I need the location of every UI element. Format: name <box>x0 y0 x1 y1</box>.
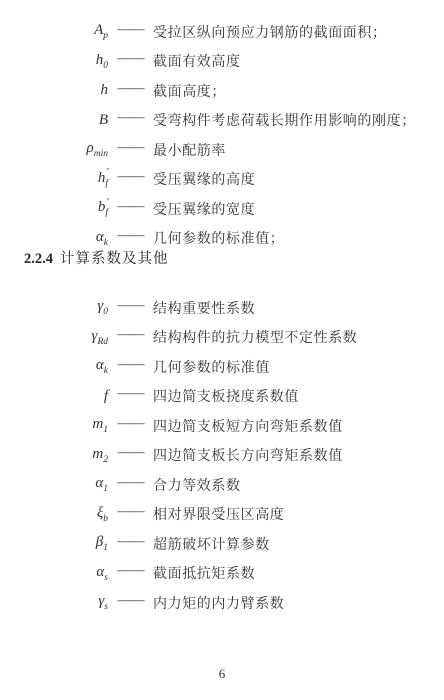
symbol-description: 截面高度； <box>153 81 226 101</box>
symbol-definition-row: αk —— 几何参数的标准值 <box>0 352 444 382</box>
symbol-definition-row: ρmin —— 最小配筋率 <box>0 135 444 165</box>
definition-dash: —— <box>108 298 153 314</box>
symbol-list-1: Ap —— 受拉区纵向预应力钢筋的截面面积； h0 —— 截面有效高度 h ——… <box>0 0 444 253</box>
definition-dash: —— <box>108 386 153 402</box>
symbol: ρmin <box>0 140 108 160</box>
symbol-definition-row: h —— 截面高度； <box>0 76 444 106</box>
symbol-base: h <box>101 82 109 98</box>
document-page: Ap —— 受拉区纵向预应力钢筋的截面面积； h0 —— 截面有效高度 h ——… <box>0 0 444 700</box>
symbol: m1 <box>0 416 108 436</box>
symbol-base: α <box>96 229 104 245</box>
symbol-description: 内力矩的内力臂系数 <box>153 593 284 613</box>
symbol-base: h <box>98 170 106 186</box>
definition-dash: —— <box>108 169 153 185</box>
symbol-definition-row: Ap —— 受拉区纵向预应力钢筋的截面面积； <box>0 17 444 47</box>
definition-dash: —— <box>108 199 153 215</box>
definition-dash: —— <box>108 416 153 432</box>
symbol: αs <box>0 564 108 584</box>
symbol: h′f <box>0 170 108 190</box>
symbol: γ0 <box>0 298 108 318</box>
symbol-definition-row: h0 —— 截面有效高度 <box>0 47 444 77</box>
symbol-base: α <box>96 357 104 373</box>
definition-dash: —— <box>108 357 153 373</box>
section-title: 计算系数及其他 <box>60 251 169 267</box>
symbol-description: 相对界限受压区高度 <box>153 504 284 524</box>
definition-dash: —— <box>108 327 153 343</box>
symbol-base: h <box>96 52 104 68</box>
symbol-definition-row: b′f —— 受压翼缘的宽度 <box>0 194 444 224</box>
symbol-base: m <box>92 446 103 462</box>
symbol-definition-row: h′f —— 受压翼缘的高度 <box>0 165 444 195</box>
symbol-description: 受压翼缘的宽度 <box>153 199 255 219</box>
definition-dash: —— <box>108 51 153 67</box>
symbol-definition-row: ξb —— 相对界限受压区高度 <box>0 500 444 530</box>
symbol-list-2: γ0 —— 结构重要性系数 γRd —— 结构构件的抗力模型不定性系数 αk —… <box>0 293 444 618</box>
definition-dash: —— <box>108 534 153 550</box>
symbol: αk <box>0 229 108 249</box>
symbol: h0 <box>0 52 108 72</box>
symbol-description: 截面有效高度 <box>153 51 241 71</box>
section-heading: 2.2.4计算系数及其他 <box>24 250 444 268</box>
symbol-definition-row: γ0 —— 结构重要性系数 <box>0 293 444 323</box>
symbol-base: α <box>95 475 103 491</box>
definition-dash: —— <box>108 475 153 491</box>
symbol-description: 超筋破坏计算参数 <box>153 534 270 554</box>
symbol-description: 四边简支板短方向弯矩系数值 <box>153 416 343 436</box>
symbol-definition-row: γs —— 内力矩的内力臂系数 <box>0 588 444 618</box>
symbol-base: ρ <box>87 140 94 156</box>
symbol-definition-row: B —— 受弯构件考虑荷载长期作用影响的刚度； <box>0 106 444 136</box>
symbol-description: 几何参数的标准值 <box>153 357 270 377</box>
symbol-subscript: min <box>94 149 108 159</box>
symbol: Ap <box>0 22 108 42</box>
symbol-definition-row: γRd —— 结构构件的抗力模型不定性系数 <box>0 323 444 353</box>
symbol-description: 合力等效系数 <box>153 475 241 495</box>
symbol-prime-sub: Rd <box>97 338 108 348</box>
symbol-definition-row: f —— 四边简支板挠度系数值 <box>0 382 444 412</box>
symbol: γs <box>0 593 108 613</box>
symbol: ξb <box>0 505 108 525</box>
section-number: 2.2.4 <box>24 251 53 267</box>
definition-dash: —— <box>108 140 153 156</box>
symbol: β1 <box>0 534 108 554</box>
symbol-definition-row: αs —— 截面抵抗矩系数 <box>0 559 444 589</box>
symbol: m2 <box>0 446 108 466</box>
symbol-prime-sub: min <box>94 150 108 160</box>
symbol-description: 四边简支板长方向弯矩系数值 <box>153 445 343 465</box>
symbol-definition-row: β1 —— 超筋破坏计算参数 <box>0 529 444 559</box>
symbol: B <box>0 112 108 129</box>
symbol-description: 几何参数的标准值； <box>153 228 284 248</box>
symbol-description: 四边简支板挠度系数值 <box>153 386 299 406</box>
definition-dash: —— <box>108 563 153 579</box>
symbol: h <box>0 82 108 99</box>
symbol-description: 结构重要性系数 <box>153 298 255 318</box>
symbol-description: 受弯构件考虑荷载长期作用影响的刚度； <box>153 110 416 130</box>
definition-dash: —— <box>108 445 153 461</box>
definition-dash: —— <box>108 228 153 244</box>
page-number: 6 <box>0 666 444 682</box>
definition-dash: —— <box>108 110 153 126</box>
definition-dash: —— <box>108 504 153 520</box>
symbol-base: b <box>98 199 106 215</box>
symbol-definition-row: α1 —— 合力等效系数 <box>0 470 444 500</box>
symbol: α1 <box>0 475 108 495</box>
symbol-description: 截面抵抗矩系数 <box>153 563 255 583</box>
symbol-subscript: Rd <box>97 337 108 347</box>
symbol-definition-row: m2 —— 四边简支板长方向弯矩系数值 <box>0 441 444 471</box>
symbol-description: 受压翼缘的高度 <box>153 169 255 189</box>
symbol: f <box>0 388 108 405</box>
symbol-description: 结构构件的抗力模型不定性系数 <box>153 327 357 347</box>
symbol-base: β <box>96 534 103 550</box>
symbol-description: 受拉区纵向预应力钢筋的截面面积； <box>153 22 387 42</box>
symbol-definition-row: m1 —— 四边简支板短方向弯矩系数值 <box>0 411 444 441</box>
symbol-base: α <box>96 564 104 580</box>
symbol: γRd <box>0 328 108 348</box>
symbol-description: 最小配筋率 <box>153 140 226 160</box>
symbol-base: m <box>92 416 103 432</box>
symbol-base: A <box>94 22 103 38</box>
symbol-base: B <box>99 112 108 128</box>
definition-dash: —— <box>108 593 153 609</box>
symbol: αk <box>0 357 108 377</box>
symbol: b′f <box>0 199 108 219</box>
definition-dash: —— <box>108 81 153 97</box>
definition-dash: —— <box>108 22 153 38</box>
symbol-definition-row: αk —— 几何参数的标准值； <box>0 224 444 254</box>
